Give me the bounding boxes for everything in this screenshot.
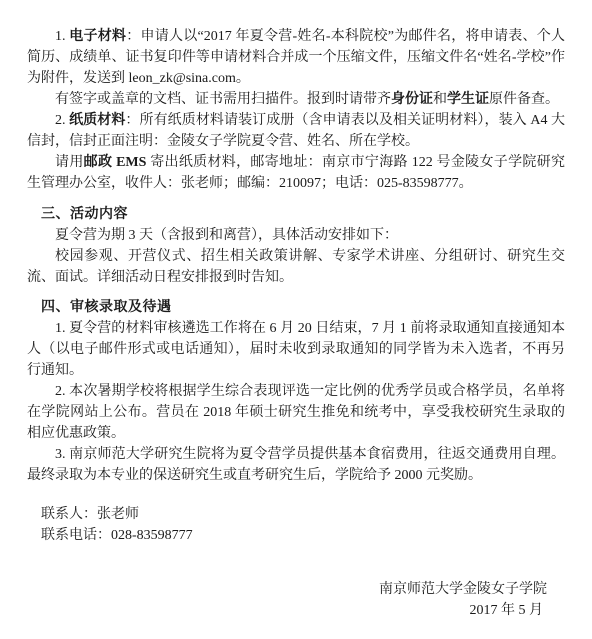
paragraph-camp-schedule: 校园参观、开营仪式、招生相关政策讲解、专家学术讲座、分组研讨、研究生交流、面试。…: [27, 246, 565, 288]
email-address: leon_zk@sina.com: [129, 71, 236, 86]
item-number: 1.: [55, 29, 69, 44]
contact-phone-value: 028-83598777: [111, 528, 193, 543]
contact-person-line: 联系人：张老师: [27, 504, 565, 525]
paragraph-electronic-materials: 1. 电子材料：申请人以“2017 年夏令营-姓名-本科院校”为邮件名，将申请表…: [27, 26, 565, 89]
scan-note-text: 有签字或盖章的文档、证书需用扫描件。报到时请带齐: [55, 92, 391, 107]
paragraph-funding-reward: 3. 南京师范大学研究生院将为夏令营学员提供基本食宿费用，往返交通费用自理。最终…: [27, 444, 565, 486]
document-page: 1. 电子材料：申请人以“2017 年夏令营-姓名-本科院校”为邮件名，将申请表…: [27, 26, 565, 621]
id-card-label: 身份证: [391, 92, 433, 107]
scan-note-connector: 和: [433, 92, 447, 107]
paragraph-review-timeline: 1. 夏令营的材料审核遴选工作将在 6 月 20 日结束，7 月 1 前将录取通…: [27, 318, 565, 381]
mailing-text: 请用: [55, 155, 84, 170]
student-card-label: 学生证: [447, 92, 489, 107]
paragraph-mailing-instructions: 请用邮政 EMS 寄出纸质材料，邮寄地址：南京市宁海路 122 号金陵女子学院研…: [27, 152, 565, 194]
section-heading-review-admission: 四、审核录取及待遇: [27, 297, 565, 318]
contact-block: 联系人：张老师 联系电话：028-83598777: [27, 504, 565, 546]
signature-date: 2017 年 5 月: [27, 600, 565, 621]
signature-organization: 南京师范大学金陵女子学院: [27, 579, 565, 600]
contact-person-value: 张老师: [97, 507, 139, 522]
scan-note-end: 原件备查。: [489, 92, 559, 107]
paragraph-evaluation-policy: 2. 本次暑期学校将根据学生综合表现评选一定比例的优秀学员或合格学员，名单将在学…: [27, 381, 565, 444]
contact-phone-label: 联系电话：: [41, 528, 111, 543]
section-heading-activities: 三、活动内容: [27, 204, 565, 225]
paragraph-scan-note: 有签字或盖章的文档、证书需用扫描件。报到时请带齐身份证和学生证原件备查。: [27, 89, 565, 110]
contact-person-label: 联系人：: [41, 507, 97, 522]
electronic-materials-body-end: 。: [236, 71, 250, 86]
ems-label: 邮政 EMS: [84, 155, 147, 170]
paper-materials-label: 纸质材料: [69, 113, 125, 128]
item-number: 2.: [55, 113, 69, 128]
contact-phone-line: 联系电话：028-83598777: [27, 525, 565, 546]
signature-block: 南京师范大学金陵女子学院 2017 年 5 月: [27, 579, 565, 621]
electronic-materials-label: 电子材料: [69, 29, 126, 44]
paragraph-camp-duration: 夏令营为期 3 天（含报到和离营），具体活动安排如下：: [27, 225, 565, 246]
paragraph-paper-materials: 2. 纸质材料：所有纸质材料请装订成册（含申请表以及相关证明材料），装入 A4 …: [27, 110, 565, 152]
